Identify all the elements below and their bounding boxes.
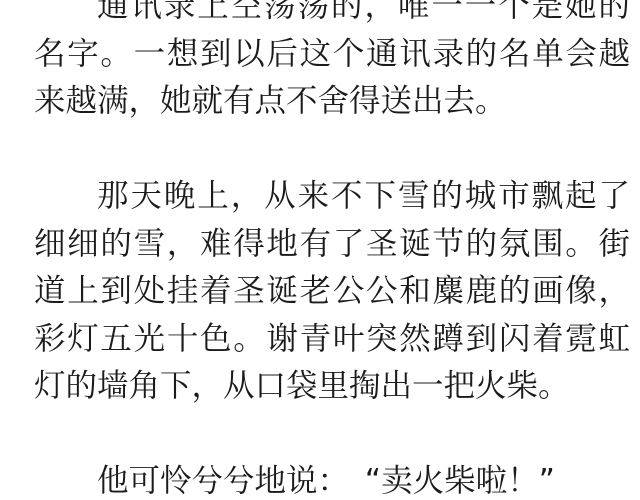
reader-page: 通讯录上空荡荡的，唯一一个是她的名字。一想到以后这个通讯录的名单会越来越满，她就… (0, 0, 640, 500)
novel-text-block: 通讯录上空荡荡的，唯一一个是她的名字。一想到以后这个通讯录的名单会越来越满，她就… (0, 0, 640, 500)
paragraph-2: 那天晚上，从来不下雪的城市飘起了细细的雪，难得地有了圣诞节的氛围。街道上到处挂着… (34, 173, 630, 411)
paragraph-3-dialogue: 他可怜兮兮地说： “卖火柴啦！” (34, 458, 630, 500)
paragraph-1: 通讯录上空荡荡的，唯一一个是她的名字。一想到以后这个通讯录的名单会越来越满，她就… (34, 0, 630, 126)
